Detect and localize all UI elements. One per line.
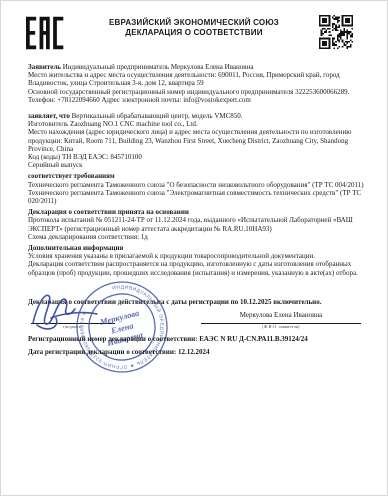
union-title: ЕВРАЗИЙСКИЙ ЭКОНОМИЧЕСКИЙ СОЮЗ [71,18,317,28]
applicant-label: Заявитель [28,63,61,71]
registration-number-line: Регистрационный номер декларации о соотв… [28,333,368,346]
registration-number: ЕАЭС N RU Д-CN.РА11.В.39124/24 [199,335,307,343]
declaration-document: ЕВРАЗИЙСКИЙ ЭКОНОМИЧЕСКИЙ СОЮЗ ДЕКЛАРАЦИ… [0,0,388,496]
name-caption: (Ф.И.О. заявителя) [201,324,361,330]
applicant-printed-name: Меркулова Елена Ивановна [201,311,361,319]
regulation-2: Технического регламента Таможенного союз… [28,189,364,205]
applicant-contacts: Телефон: +78122094660 Адрес электронной … [28,96,364,104]
applicant-address: Место жительства и адрес места осуществл… [28,71,364,87]
additional-heading: Дополнительная информация [28,244,364,252]
declaration-scheme: Схема декларирования соответствия: 1д [28,233,364,241]
declaration-title: ДЕКЛАРАЦИЯ О СООТВЕТСТВИИ [71,28,317,38]
regulation-1: Технического регламента Таможенного союз… [28,181,364,189]
storage-conditions: Условия хранения указаны в прилагаемой к… [28,252,364,260]
compliance-heading: соответствует требованиям [28,172,364,180]
release-type: Серийный выпуск [28,161,364,169]
applicant-line: Заявитель Индивидуальный предприниматель… [28,63,364,71]
applicant-ogrnip: Основной государственный регистрационный… [28,88,364,96]
document-title: ЕВРАЗИЙСКИЙ ЭКОНОМИЧЕСКИЙ СОЮЗ ДЕКЛАРАЦИ… [71,18,317,38]
scope-note: Декларация соответствия распространяется… [28,260,364,276]
applicant-name: Индивидуальный предприниматель Меркулова… [61,63,253,71]
basis-heading: Декларация о соответствии принята на осн… [28,208,364,216]
qr-code-icon [319,15,353,49]
name-line: (Ф.И.О. заявителя) [201,323,361,330]
product-line: заявляет, что Вертикальный обрабатывающи… [28,112,364,120]
eac-logo-icon [26,16,64,50]
manufacturer-address: Место нахождения (адрес юридического лиц… [28,128,364,153]
manufacturer: Изготовитель Zaozhuang NO.1 CNC machine … [28,120,364,128]
registration-block: Регистрационный номер декларации о соотв… [28,333,368,359]
declaration-body: Заявитель Индивидуальный предприниматель… [28,63,364,277]
tnved-code: Код (коды) ТН ВЭД ЕАЭС: 845710100 [28,153,364,161]
test-protocol: Протокола испытаний № 051211-24-ТР от 11… [28,216,364,232]
registration-date-line: Дата регистрации декларации о соответств… [28,346,368,359]
product-name: Вертикальный обрабатывающий центр, модел… [70,112,243,120]
registration-date: 12.12.2024 [178,348,210,356]
declares-label: заявляет, что [28,112,70,120]
